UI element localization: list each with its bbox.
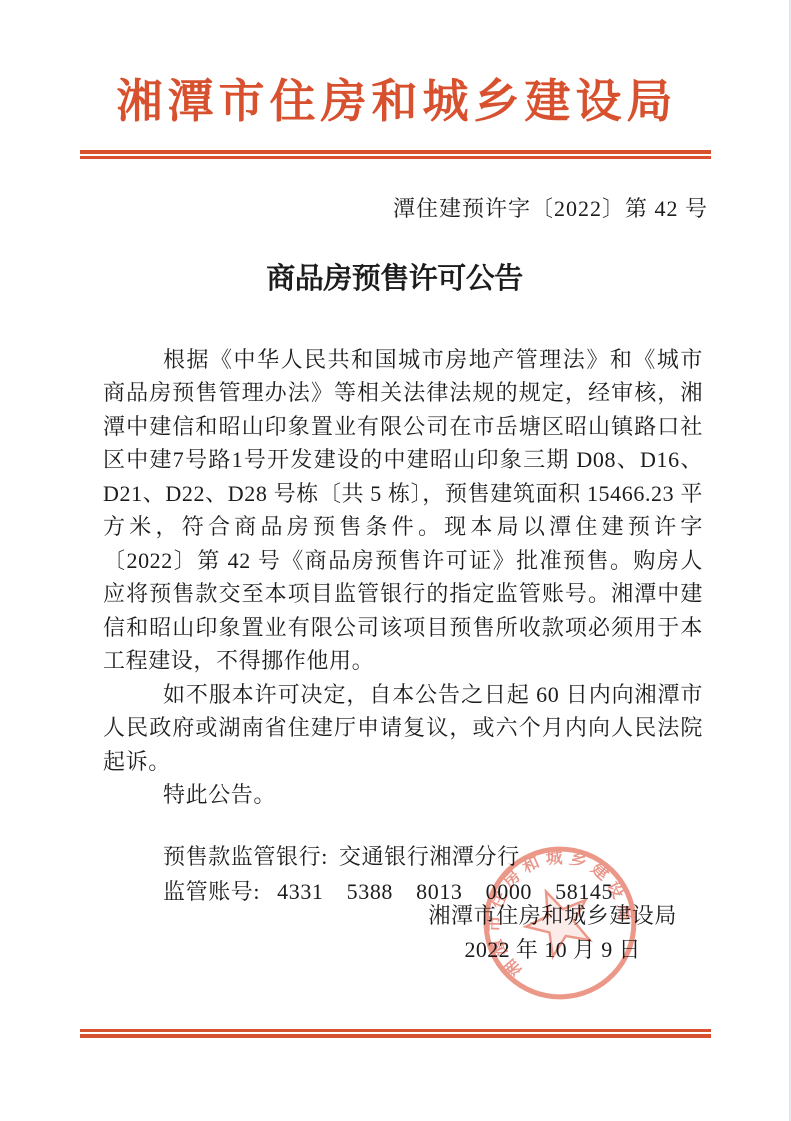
announcement-title: 商品房预售许可公告 bbox=[0, 262, 789, 297]
agency-masthead-title: 湘潭市住房和城乡建设局 bbox=[0, 76, 789, 129]
bank-name: 交通银行湘潭分行 bbox=[339, 844, 520, 869]
signature-date: 2022 年 10 月 9 日 bbox=[428, 933, 677, 967]
document-page: 湘潭市住房和城乡建设局 潭住建预许字〔2022〕第 42 号 商品房预售许可公告… bbox=[0, 0, 791, 1121]
signature-block: 湘潭市住房和城乡建设局 2022 年 10 月 9 日 bbox=[428, 899, 677, 967]
bank-label: 预售款监管银行: bbox=[163, 844, 328, 869]
document-number: 潭住建预许字〔2022〕第 42 号 bbox=[0, 197, 708, 221]
signature-agency: 湘潭市住房和城乡建设局 bbox=[428, 899, 677, 933]
body-paragraph-1: 根据《中华人民共和国城市房地产管理法》和《城市商品房预售管理办法》等相关法律法规… bbox=[103, 343, 703, 678]
body-paragraph-2: 如不服本许可决定，自本公告之日起 60 日内向湘潭市人民政府或湖南省住建厅申请复… bbox=[103, 678, 703, 779]
letterhead: 湘潭市住房和城乡建设局 bbox=[0, 0, 789, 129]
announcement-body: 根据《中华人民共和国城市房地产管理法》和《城市商品房预售管理办法》等相关法律法规… bbox=[103, 343, 703, 812]
account-label: 监管账号: bbox=[163, 879, 260, 904]
body-paragraph-closing: 特此公告。 bbox=[103, 778, 703, 812]
footer-rule bbox=[80, 1029, 711, 1038]
bank-line: 预售款监管银行:交通银行湘潭分行 bbox=[163, 839, 703, 875]
letterhead-rule bbox=[80, 150, 711, 159]
